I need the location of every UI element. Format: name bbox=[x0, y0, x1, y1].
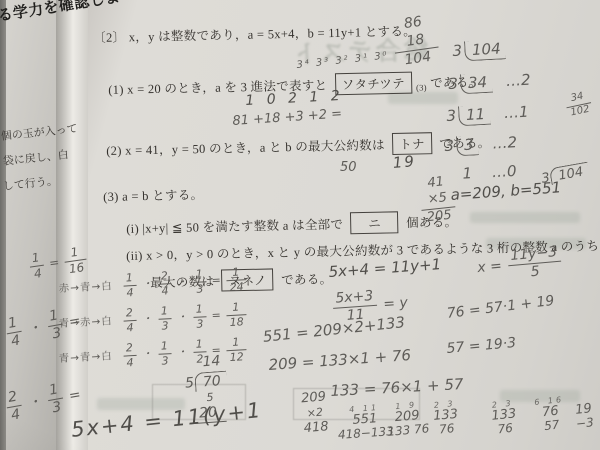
book-page-photo: 総合テスト る学力を確認しよ 個の玉が入って 袋に戻し、白 して行う。 14 =… bbox=[0, 0, 600, 450]
addition-column-86-18: 86 18 104 bbox=[390, 12, 441, 71]
division-ladder-row: 33…2 bbox=[444, 133, 518, 157]
division-ladder-row: 3104 bbox=[452, 38, 520, 61]
answer-box-q1: ソタチツテ bbox=[335, 72, 413, 96]
showthrough-smear bbox=[470, 212, 580, 223]
scratch-subtraction: 2 3 133 76 bbox=[490, 399, 518, 437]
question-3: (3) a = b とする。 bbox=[103, 185, 204, 205]
column-209x2: 209 ×2 418 bbox=[294, 389, 336, 438]
scratch-subtraction: 6 16 76 57 bbox=[534, 396, 567, 435]
answer-box-q3i: ニ bbox=[350, 211, 398, 234]
scratch-subtraction: 2 3 133 76 bbox=[432, 400, 460, 438]
gcd-answer-19: 19 bbox=[392, 152, 417, 172]
note-50: 50 bbox=[340, 160, 357, 175]
scratch-subtraction: 19 −3 bbox=[574, 402, 595, 432]
scratch-subtraction: 1 9 209 133 76 bbox=[385, 400, 430, 440]
division-ladder-row: 1…0 bbox=[456, 162, 517, 183]
